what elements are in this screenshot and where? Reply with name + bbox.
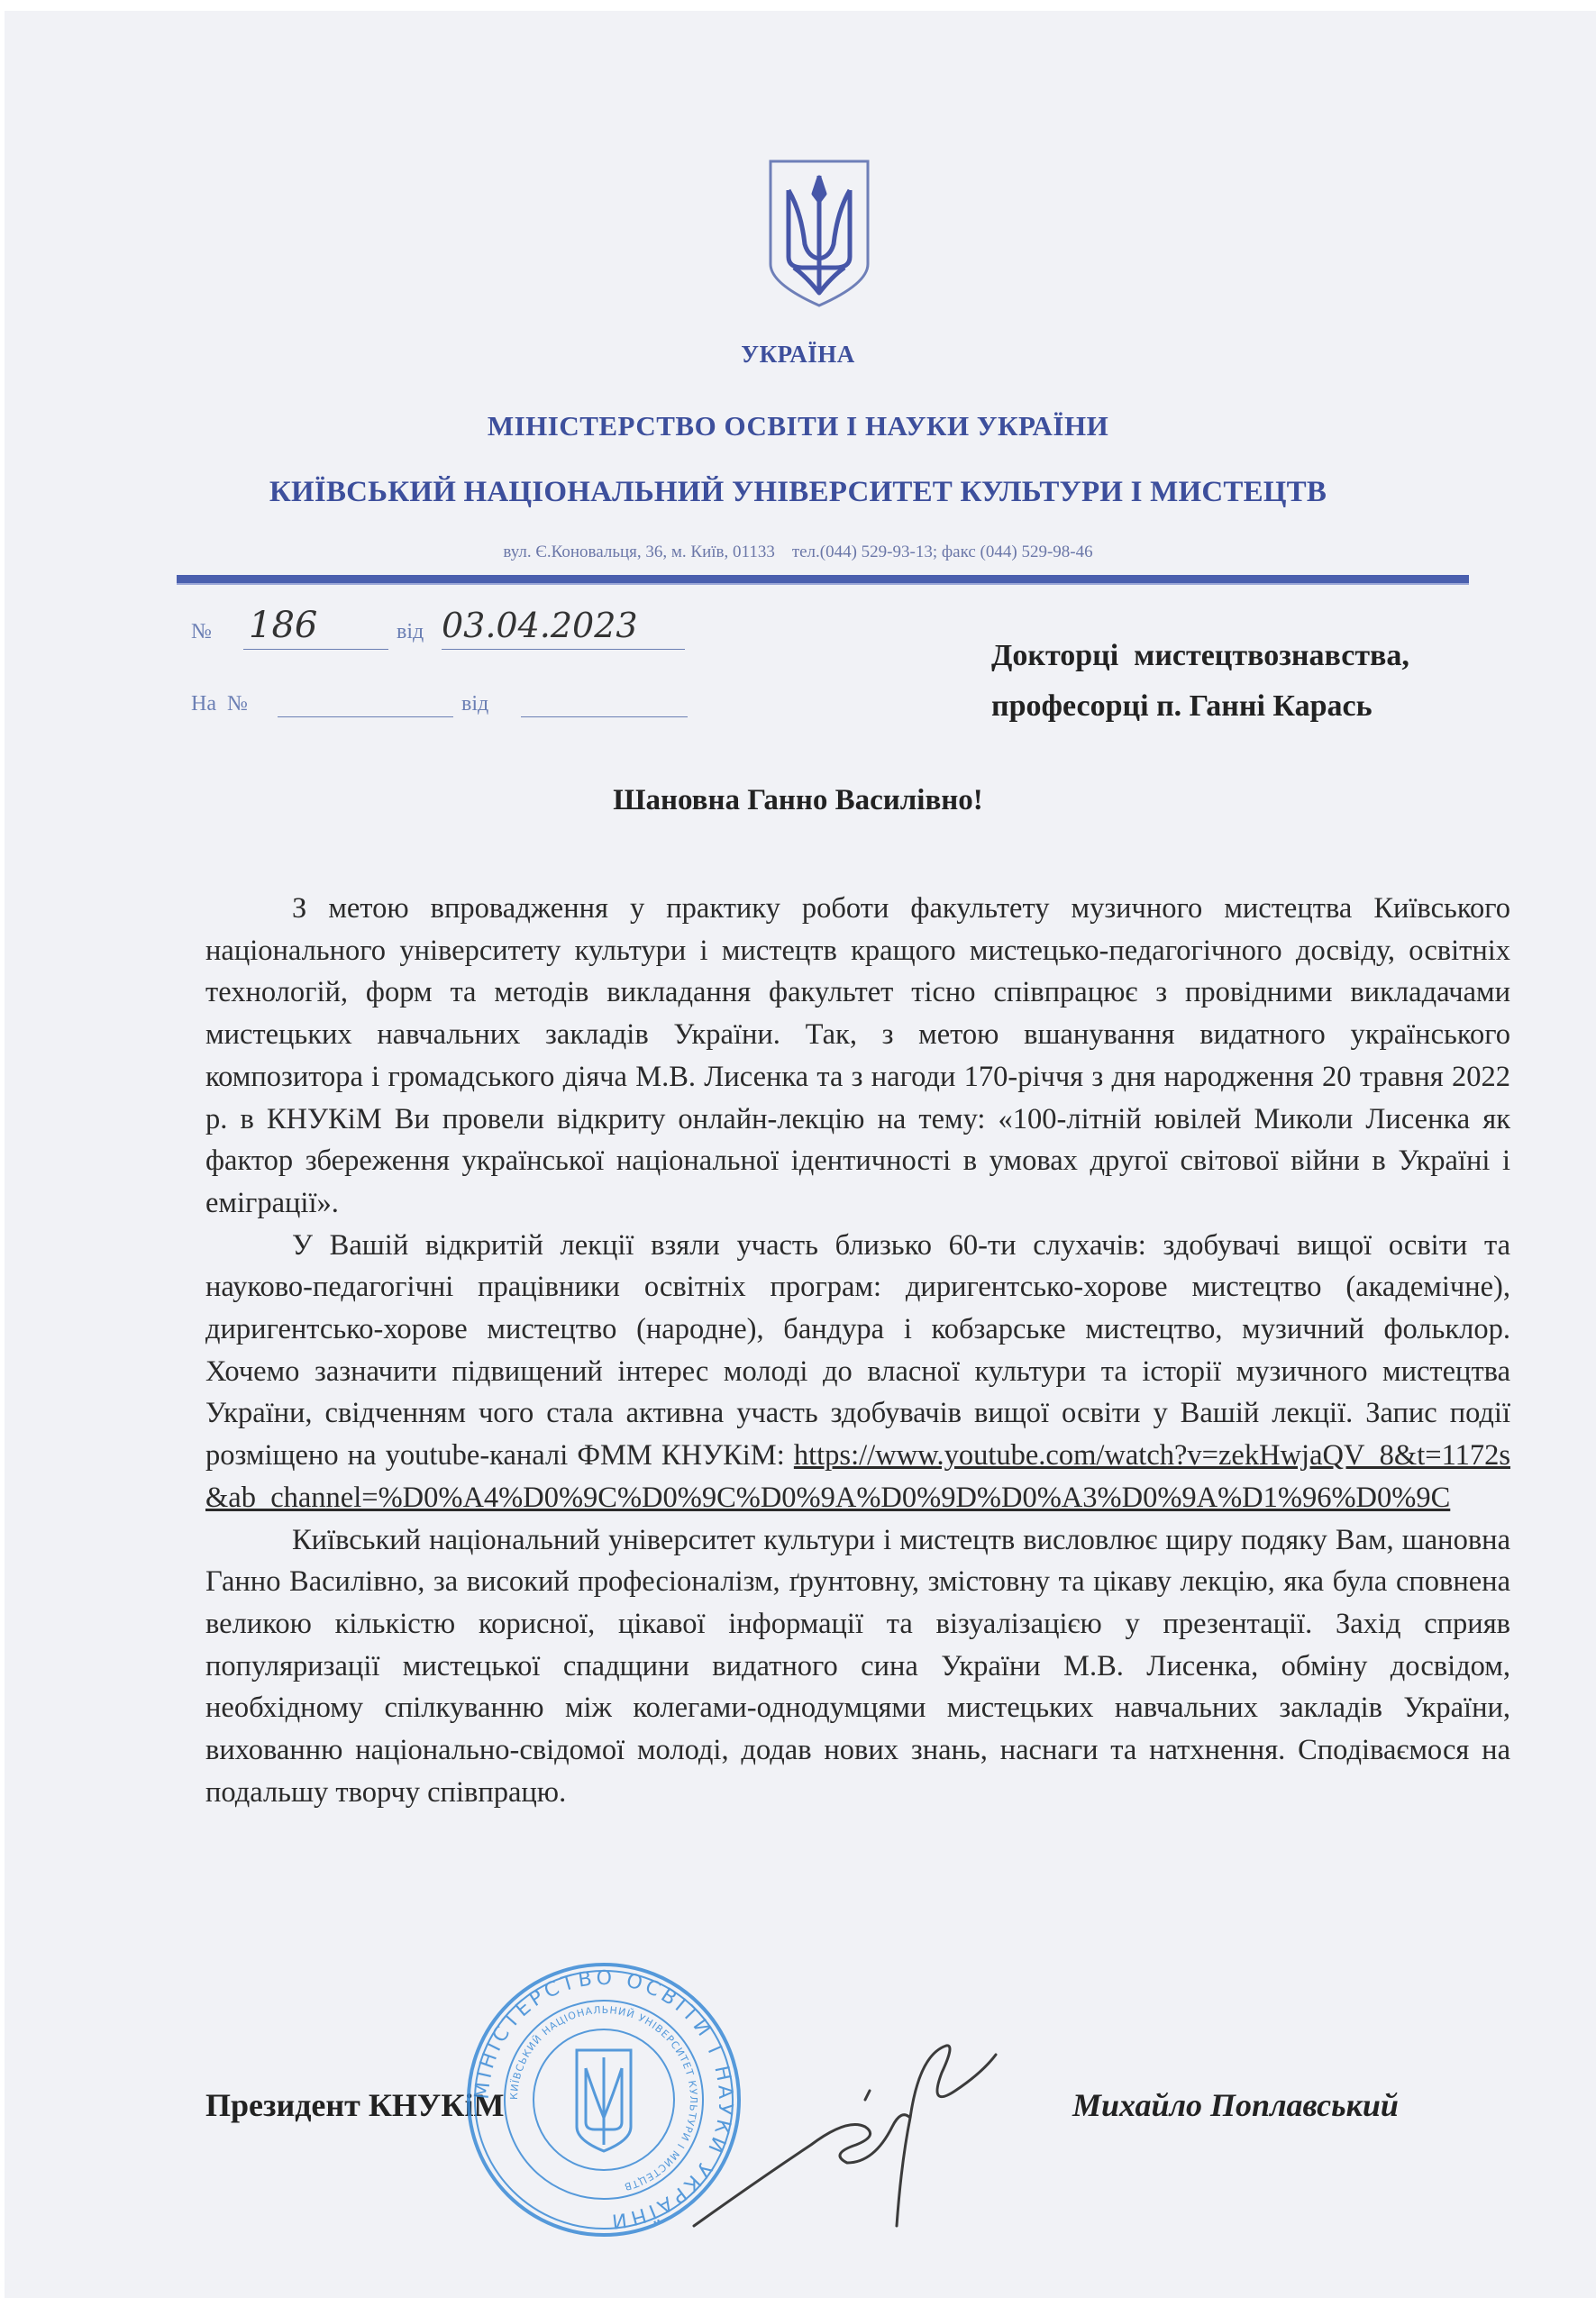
- header-university: КИЇВСЬКИЙ НАЦІОНАЛЬНИЙ УНІВЕРСИТЕТ КУЛЬТ…: [0, 476, 1596, 509]
- letter-body: З метою впровадження у практику роботи ф…: [205, 888, 1510, 1813]
- header-address: вул. Є.Коновальця, 36, м. Київ, 01133 те…: [0, 543, 1596, 562]
- ref-number-label: На №: [191, 692, 248, 716]
- paragraph-1: З метою впровадження у практику роботи ф…: [205, 888, 1510, 1225]
- header-country: УКРАЇНА: [0, 341, 1596, 369]
- signatory-name: Михайло Поплавський: [1072, 2086, 1399, 2124]
- header-ministry: МІНІСТЕРСТВО ОСВІТИ І НАУКИ УКРАЇНИ: [0, 410, 1596, 442]
- paragraph-2: У Вашій відкритій лекції взяли участь бл…: [205, 1225, 1510, 1519]
- addressee-line-2: професорці п. Ганні Карась: [991, 681, 1409, 732]
- header-divider: [177, 575, 1469, 585]
- signatory-title: Президент КНУКіМ: [205, 2086, 504, 2124]
- ref-number-blank: [278, 716, 453, 717]
- salutation: Шановна Ганно Василівно!: [0, 784, 1596, 817]
- addressee-line-1: Докторці мистецтвознавства,: [991, 631, 1409, 681]
- reg-number-label: №: [191, 620, 212, 644]
- trident-icon: [767, 158, 871, 309]
- reg-date-value: 03.04.2023: [442, 602, 685, 650]
- ref-date-blank: [521, 716, 688, 717]
- reg-number-value: 186: [243, 602, 388, 650]
- reg-date-label: від: [397, 620, 424, 644]
- paragraph-3: Київський національний університет культ…: [205, 1519, 1510, 1814]
- paragraph-2-text: У Вашій відкритій лекції взяли участь бл…: [205, 1229, 1510, 1473]
- addressee: Докторці мистецтвознавства, професорці п…: [991, 631, 1409, 732]
- handwritten-signature: [685, 2019, 1063, 2235]
- ref-date-label: від: [461, 692, 488, 716]
